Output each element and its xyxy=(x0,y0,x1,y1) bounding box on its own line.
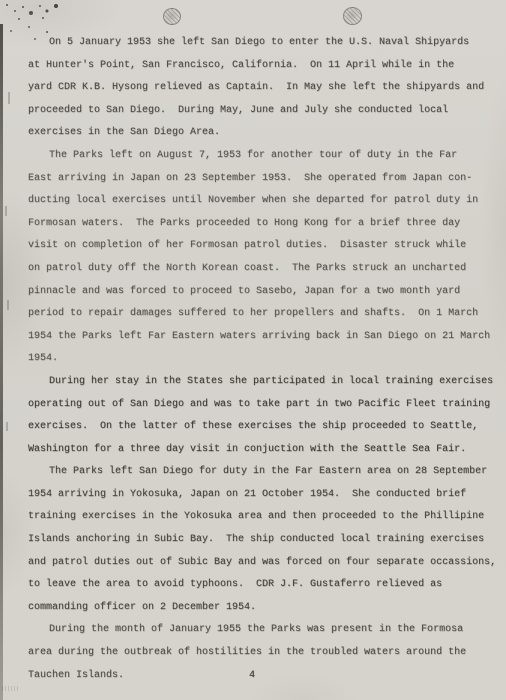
text-line: Islands anchoring in Subic Bay. The ship… xyxy=(28,529,494,552)
text-line: On 5 January 1953 she left San Diego to … xyxy=(28,32,494,55)
margin-tick-mark xyxy=(6,422,8,431)
paragraph: During the month of January 1955 the Par… xyxy=(28,619,494,687)
punch-hole-right-mark xyxy=(343,7,362,25)
margin-tick-mark xyxy=(5,206,7,216)
text-line: area during the outbreak of hostilities … xyxy=(28,642,494,665)
text-line: Washington for a three day visit in conj… xyxy=(28,439,494,462)
text-line: and patrol duties out of Subic Bay and w… xyxy=(28,552,494,575)
punch-hole-left-mark xyxy=(163,8,181,25)
paragraph: The Parks left on August 7, 1953 for ano… xyxy=(28,145,494,371)
document-body: On 5 January 1953 she left San Diego to … xyxy=(28,32,494,687)
text-line: ducting local exercises until November w… xyxy=(28,190,494,213)
text-line: East arriving in Japan on 23 September 1… xyxy=(28,168,494,191)
text-line: Tauchen Islands. xyxy=(28,665,494,688)
text-line: training exercises in the Yokosuka area … xyxy=(28,506,494,529)
text-line: to leave the area to avoid typhoons. CDR… xyxy=(28,574,494,597)
corner-speckles-mark xyxy=(6,4,8,6)
text-line: operating out of San Diego and was to ta… xyxy=(28,394,494,417)
margin-tick-mark xyxy=(7,300,9,310)
text-line: During the month of January 1955 the Par… xyxy=(28,619,494,642)
page-number: 4 xyxy=(249,665,255,688)
margin-tick-mark xyxy=(8,92,10,104)
scan-edge-line xyxy=(0,24,3,700)
text-line: During her stay in the States she partic… xyxy=(28,371,494,394)
text-line: 1954 the Parks left Far Eastern waters a… xyxy=(28,326,494,349)
text-line: on patrol duty off the North Korean coas… xyxy=(28,258,494,281)
text-line: proceeded to San Diego. During May, June… xyxy=(28,100,494,123)
text-line: period to repair damages suffered to her… xyxy=(28,303,494,326)
text-line: at Hunter's Point, San Francisco, Califo… xyxy=(28,55,494,78)
text-line: commanding officer on 2 December 1954. xyxy=(28,597,494,620)
paragraph: The Parks left San Diego for duty in the… xyxy=(28,461,494,619)
document-page: On 5 January 1953 she left San Diego to … xyxy=(0,0,506,700)
text-line: Formosan waters. The Parks proceeded to … xyxy=(28,213,494,236)
text-line: 1954. xyxy=(28,348,494,371)
text-line: 1954 arriving in Yokosuka, Japan on 21 O… xyxy=(28,484,494,507)
text-line: visit on completion of her Formosan patr… xyxy=(28,235,494,258)
text-line: The Parks left San Diego for duty in the… xyxy=(28,461,494,484)
text-line: exercises. On the latter of these exerci… xyxy=(28,416,494,439)
text-line: exercises in the San Diego Area. xyxy=(28,122,494,145)
text-line: pinnacle and was forced to proceed to Sa… xyxy=(28,281,494,304)
paragraph: On 5 January 1953 she left San Diego to … xyxy=(28,32,494,145)
text-line: The Parks left on August 7, 1953 for ano… xyxy=(28,145,494,168)
paragraph: During her stay in the States she partic… xyxy=(28,371,494,461)
text-line: yard CDR K.B. Hysong relieved as Captain… xyxy=(28,77,494,100)
bottom-left-smudge-mark xyxy=(2,686,18,691)
